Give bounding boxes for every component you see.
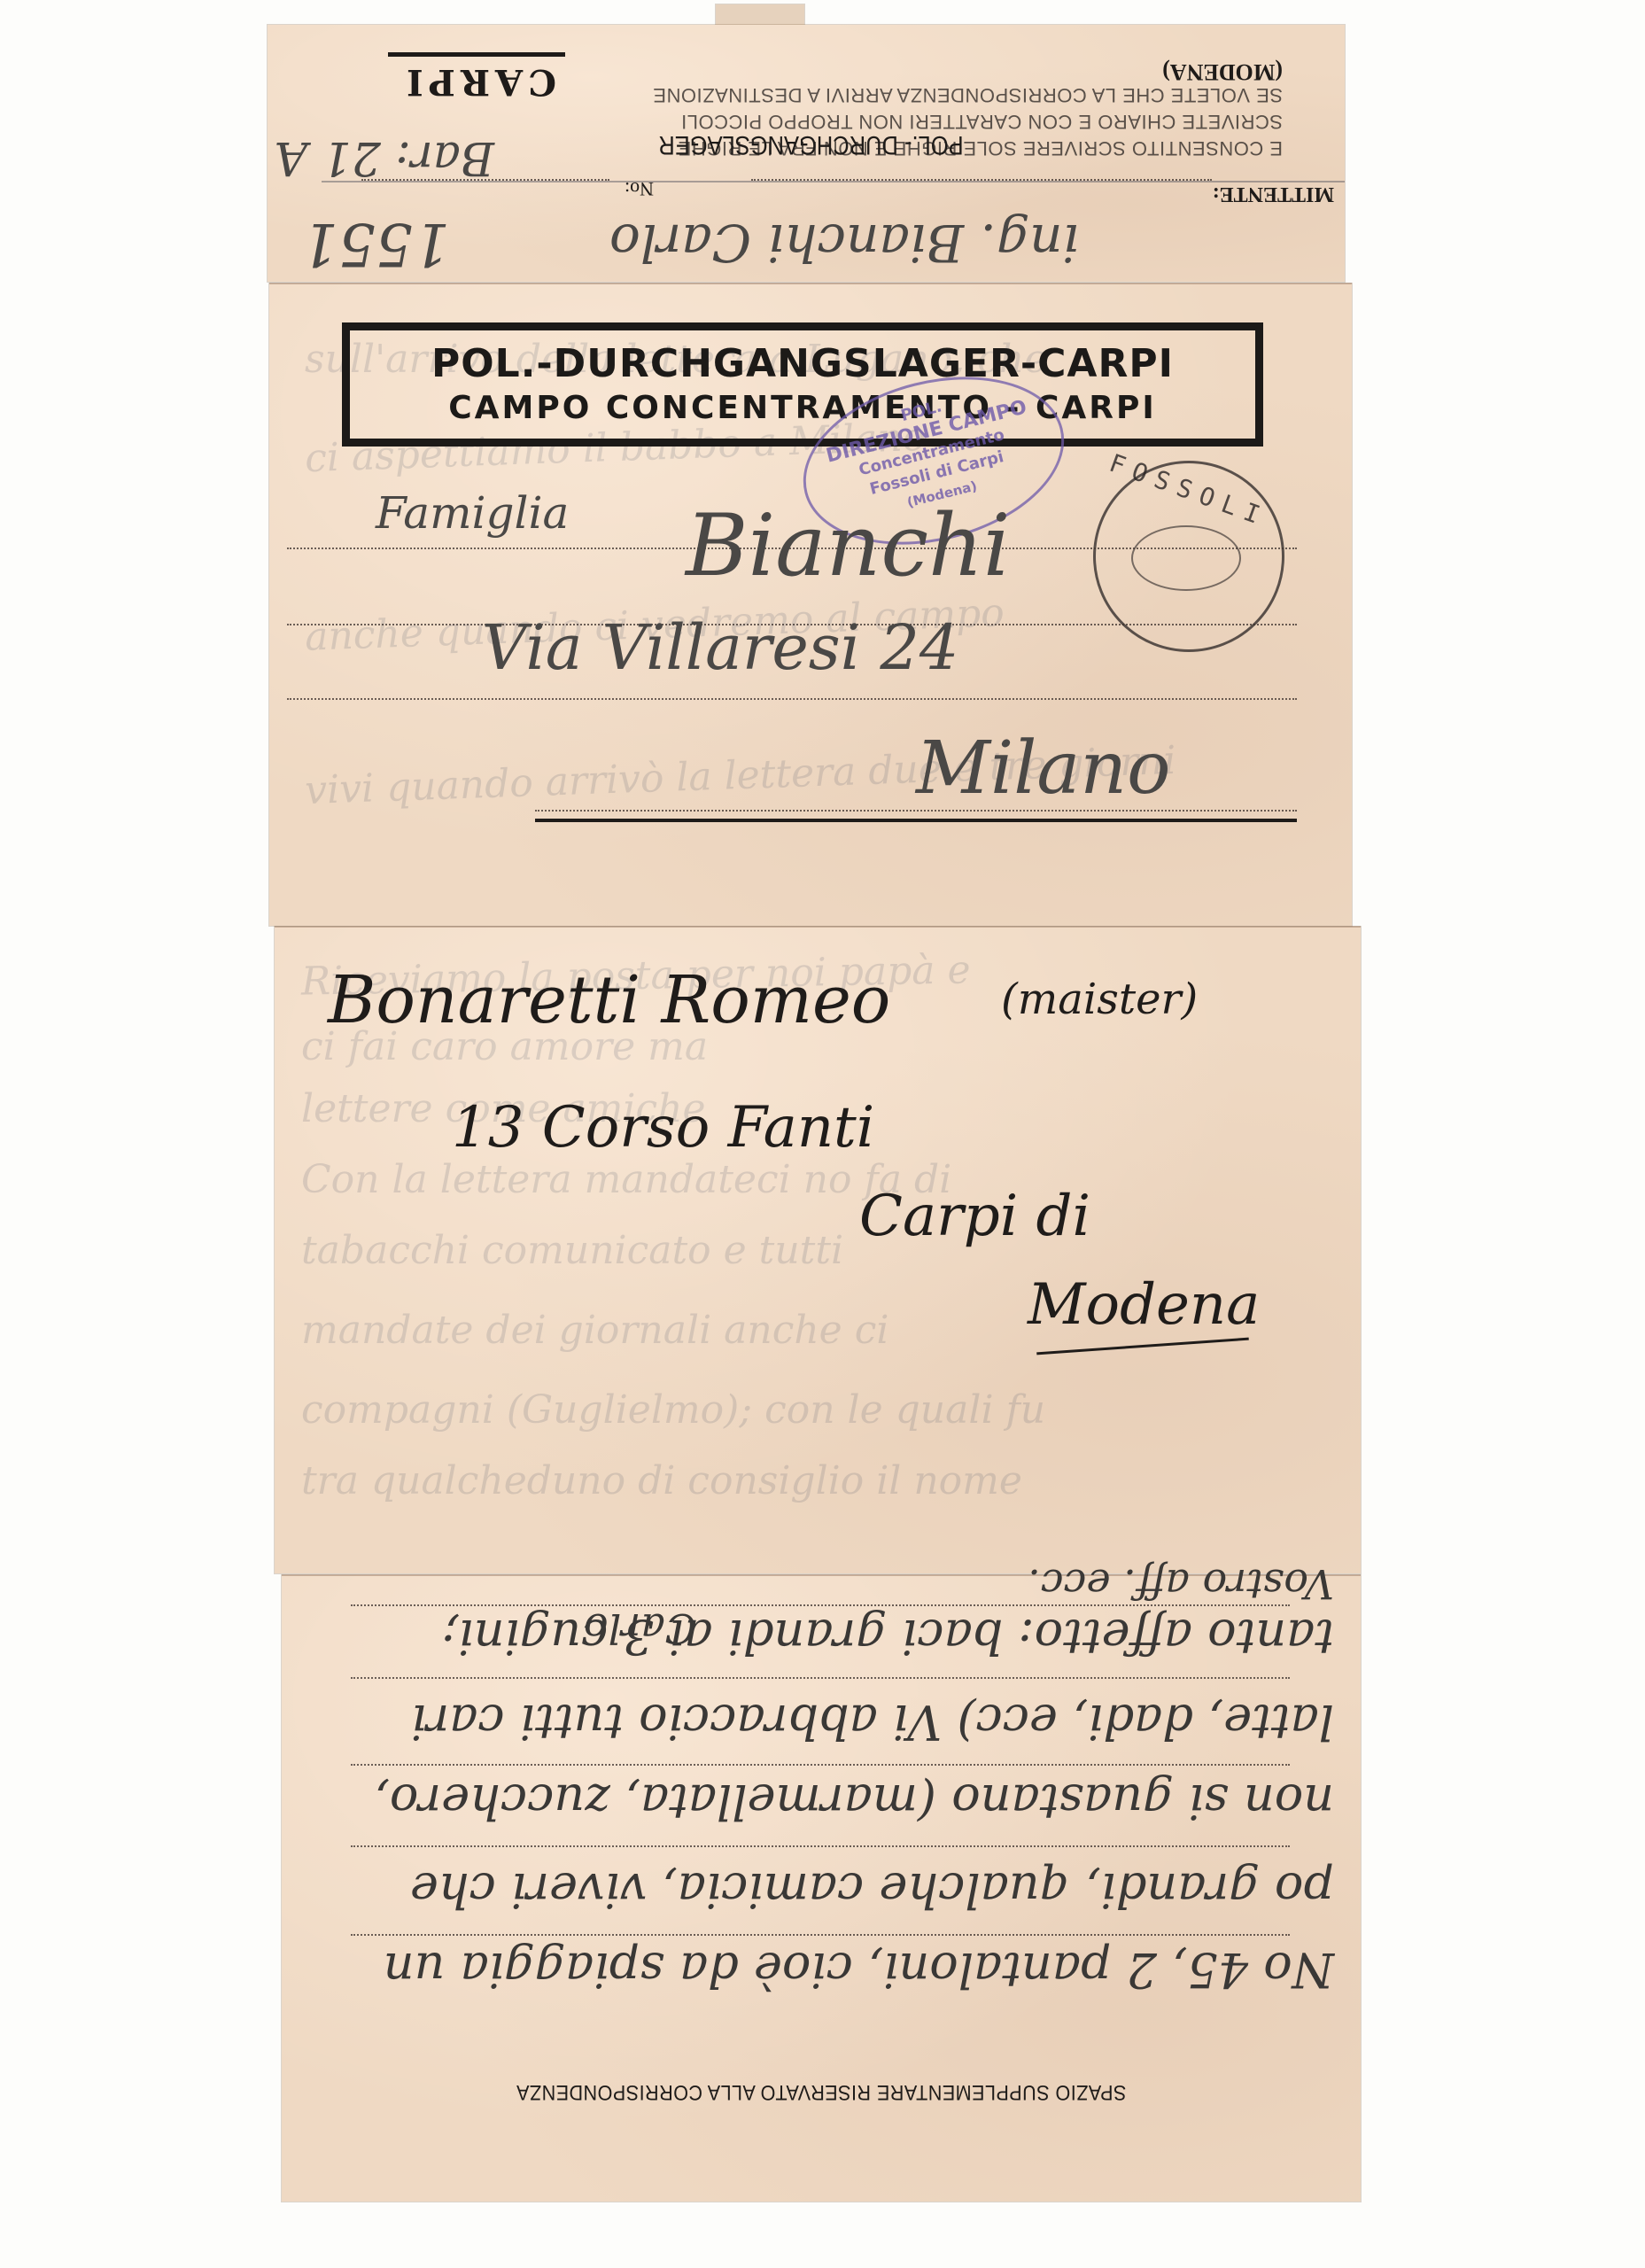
address-street: Via Villaresi 24 (482, 611, 958, 684)
top-flap: MITTENTE: No: E CONSENTITO SCRIVERE SOLE… (268, 25, 1345, 282)
bottom-panel: SPAZIO SUPPLEMENTARE RISERVATO ALLA CORR… (282, 1575, 1361, 2202)
instruction-line-1: SE VOLETE CHE LA CORRISPONDENZA ARRIVI A… (653, 82, 1283, 108)
sender-label: MITTENTE: (1213, 182, 1334, 206)
fold-line (275, 926, 1361, 928)
letter-signature: Carlo (584, 1604, 696, 1652)
redirect-note: (maister) (1001, 975, 1198, 1024)
middle-panel: Riceviamo la posta per noi papà e ci fai… (275, 927, 1361, 1573)
carpi-underline (388, 52, 565, 57)
redirect-province: Modena (1028, 1272, 1260, 1338)
camp-header-german: POL.-DURCHGANGSLAGER-CARPI (350, 341, 1255, 386)
supplementary-space-label: SPAZIO SUPPLEMENTARE RISERVATO ALLA CORR… (336, 2079, 1307, 2104)
fold-line (269, 283, 1352, 284)
letter-line-5: tanto affetto: baci grandi ai 3 cugini; (442, 1609, 1334, 1665)
letter-line-1: No 45, 2 pantaloni, cioè da spiaggia un (384, 1942, 1334, 1998)
redirect-city: Carpi di (859, 1184, 1090, 1249)
letter-line (351, 1934, 1290, 1936)
letter-line (351, 1845, 1290, 1847)
letter-line-2: po grandi, qualche camicia, viveri che (410, 1862, 1334, 1918)
redirect-street: 13 Corso Fanti (452, 1095, 874, 1161)
letter-line-4: latte, dadi, ecc) Vi abbraccio tutti car… (411, 1694, 1334, 1750)
letter-line (351, 1764, 1290, 1766)
province-label: (MODENA) (1162, 58, 1283, 85)
postmark-inner-arc (1131, 525, 1241, 591)
carpi-label: CARPI (401, 61, 556, 103)
address-city: Milano (916, 726, 1170, 811)
letter-line-3: non si guastano (marmellata, zucchero, (375, 1774, 1334, 1829)
prisoner-number: 1551 (301, 210, 450, 278)
barrack-number: Bar: 21 A (275, 131, 494, 184)
camp-header-italian: CAMPO CONCENTRAMENTO - CARPI (350, 390, 1255, 426)
redirect-name: Bonaretti Romeo (328, 962, 890, 1038)
address-surname: Bianchi (686, 496, 1011, 595)
province-underline (1036, 1338, 1249, 1355)
address-line-3 (287, 698, 1297, 700)
letter-line (351, 1677, 1290, 1679)
address-panel: sull'arrivo della lettera a Lugano, che … (269, 283, 1352, 926)
camp-name-flap: POL.- DURCHGANGSLAGER (658, 129, 963, 159)
city-underline (535, 819, 1297, 822)
address-famiglia: Famiglia (376, 487, 569, 539)
sender-handwritten: ing. Bianchi Carlo (609, 213, 1079, 273)
letter-closing: Vostro aff. ecc. (1028, 1560, 1334, 1608)
postmark-town: FOSSOLI (1097, 445, 1282, 536)
camp-header-box: POL.-DURCHGANGSLAGER-CARPI CAMPO CONCENT… (342, 322, 1263, 447)
number-label: No: (625, 177, 654, 200)
